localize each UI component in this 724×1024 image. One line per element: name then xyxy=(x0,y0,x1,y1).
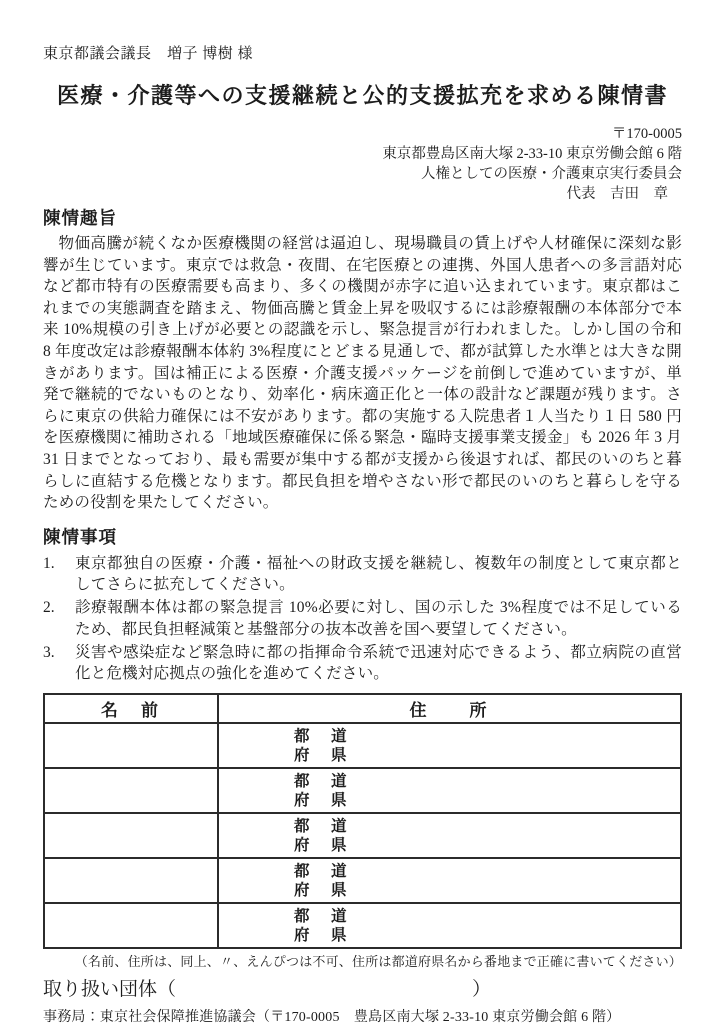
item-text: 東京都独自の医療・介護・福祉への財政支援を継続し、複数年の制度として東京都として… xyxy=(75,553,682,596)
prefecture-label: 都 道 府 県 xyxy=(219,769,680,810)
item-number: 3. xyxy=(43,642,75,685)
prefecture-label-line1: 都 道 xyxy=(294,727,680,746)
signature-table: 名 前 住 所 都 道 府 県 都 道 府 県 xyxy=(43,693,682,949)
item-text: 診療報酬本体は都の緊急提言 10%必要に対し、国の示した 3%程度では不足してい… xyxy=(75,597,682,640)
item-number: 1. xyxy=(43,553,75,596)
petition-item-1: 1. 東京都独自の医療・介護・福祉への財政支援を継続し、複数年の制度として東京都… xyxy=(43,553,682,596)
prefecture-label: 都 道 府 県 xyxy=(219,814,680,855)
handler-label: 取り扱い団体（ xyxy=(43,977,176,1003)
signature-row: 都 道 府 県 xyxy=(44,903,681,948)
prefecture-label-line1: 都 道 xyxy=(294,862,680,881)
prefecture-label: 都 道 府 県 xyxy=(219,904,680,945)
prefecture-label: 都 道 府 県 xyxy=(219,724,680,765)
prefecture-label-line1: 都 道 xyxy=(294,772,680,791)
sender-block: 〒170-0005 東京都豊島区南大塚 2-33-10 東京労働会館 6 階 人… xyxy=(43,124,682,204)
name-cell-empty xyxy=(44,768,218,813)
name-cell-empty xyxy=(44,723,218,768)
signature-row: 都 道 府 県 xyxy=(44,858,681,903)
recipient-line: 東京都議会議長 増子 博樹 様 xyxy=(43,45,682,63)
signature-row: 都 道 府 県 xyxy=(44,813,681,858)
address-cell: 都 道 府 県 xyxy=(218,723,681,768)
secretariat-line: 事務局：東京社会保障推進協議会（〒170-0005 豊島区南大塚 2-33-10… xyxy=(43,1008,682,1024)
sender-organization: 人権としての医療・介護東京実行委員会 xyxy=(43,164,682,184)
prefecture-label-line2: 府 県 xyxy=(294,926,680,945)
address-column-header: 住 所 xyxy=(218,694,681,723)
petition-item-2: 2. 診療報酬本体は都の緊急提言 10%必要に対し、国の示した 3%程度では不足… xyxy=(43,597,682,640)
signature-row: 都 道 府 県 xyxy=(44,723,681,768)
prefecture-label-line2: 府 県 xyxy=(294,746,680,765)
purpose-heading: 陳情趣旨 xyxy=(43,207,682,230)
name-cell-empty xyxy=(44,903,218,948)
handler-blank-field xyxy=(176,977,472,1003)
fill-instructions-note: （名前、住所は、同上、〃、えんぴつは不可、住所は都道府県名から番地まで正確に書い… xyxy=(43,953,682,970)
address-cell: 都 道 府 県 xyxy=(218,768,681,813)
address-cell: 都 道 府 県 xyxy=(218,903,681,948)
prefecture-label-line1: 都 道 xyxy=(294,907,680,926)
document-title: 医療・介護等への支援継続と公的支援拡充を求める陳情書 xyxy=(43,81,682,111)
petition-item-3: 3. 災害や感染症など緊急時に都の指揮命令系統で迅速対応できるよう、都立病院の直… xyxy=(43,642,682,685)
signature-row: 都 道 府 県 xyxy=(44,768,681,813)
petition-document-page: 東京都議会議長 増子 博樹 様 医療・介護等への支援継続と公的支援拡充を求める陳… xyxy=(0,0,724,1024)
sender-postal-code: 〒170-0005 xyxy=(43,124,682,144)
prefecture-label-line2: 府 県 xyxy=(294,791,680,810)
prefecture-label: 都 道 府 県 xyxy=(219,859,680,900)
signature-table-header-row: 名 前 住 所 xyxy=(44,694,681,723)
item-number: 2. xyxy=(43,597,75,640)
items-heading: 陳情事項 xyxy=(43,526,682,549)
purpose-body-text: 物価高騰が続くなか医療機関の経営は逼迫し、現場職員の賃上げや人材確保に深刻な影響… xyxy=(43,233,682,514)
name-cell-empty xyxy=(44,858,218,903)
sender-representative: 代表 吉田 章 xyxy=(43,184,682,204)
petition-items-list: 1. 東京都独自の医療・介護・福祉への財政支援を継続し、複数年の制度として東京都… xyxy=(43,553,682,685)
sender-address: 東京都豊島区南大塚 2-33-10 東京労働会館 6 階 xyxy=(43,144,682,164)
name-cell-empty xyxy=(44,813,218,858)
address-cell: 都 道 府 県 xyxy=(218,858,681,903)
item-text: 災害や感染症など緊急時に都の指揮命令系統で迅速対応できるよう、都立病院の直営化と… xyxy=(75,642,682,685)
prefecture-label-line2: 府 県 xyxy=(294,836,680,855)
handler-organization-line: 取り扱い団体（ ） xyxy=(43,977,682,1003)
name-column-header: 名 前 xyxy=(44,694,218,723)
address-cell: 都 道 府 県 xyxy=(218,813,681,858)
prefecture-label-line1: 都 道 xyxy=(294,817,680,836)
handler-close-paren: ） xyxy=(472,977,491,1003)
prefecture-label-line2: 府 県 xyxy=(294,881,680,900)
